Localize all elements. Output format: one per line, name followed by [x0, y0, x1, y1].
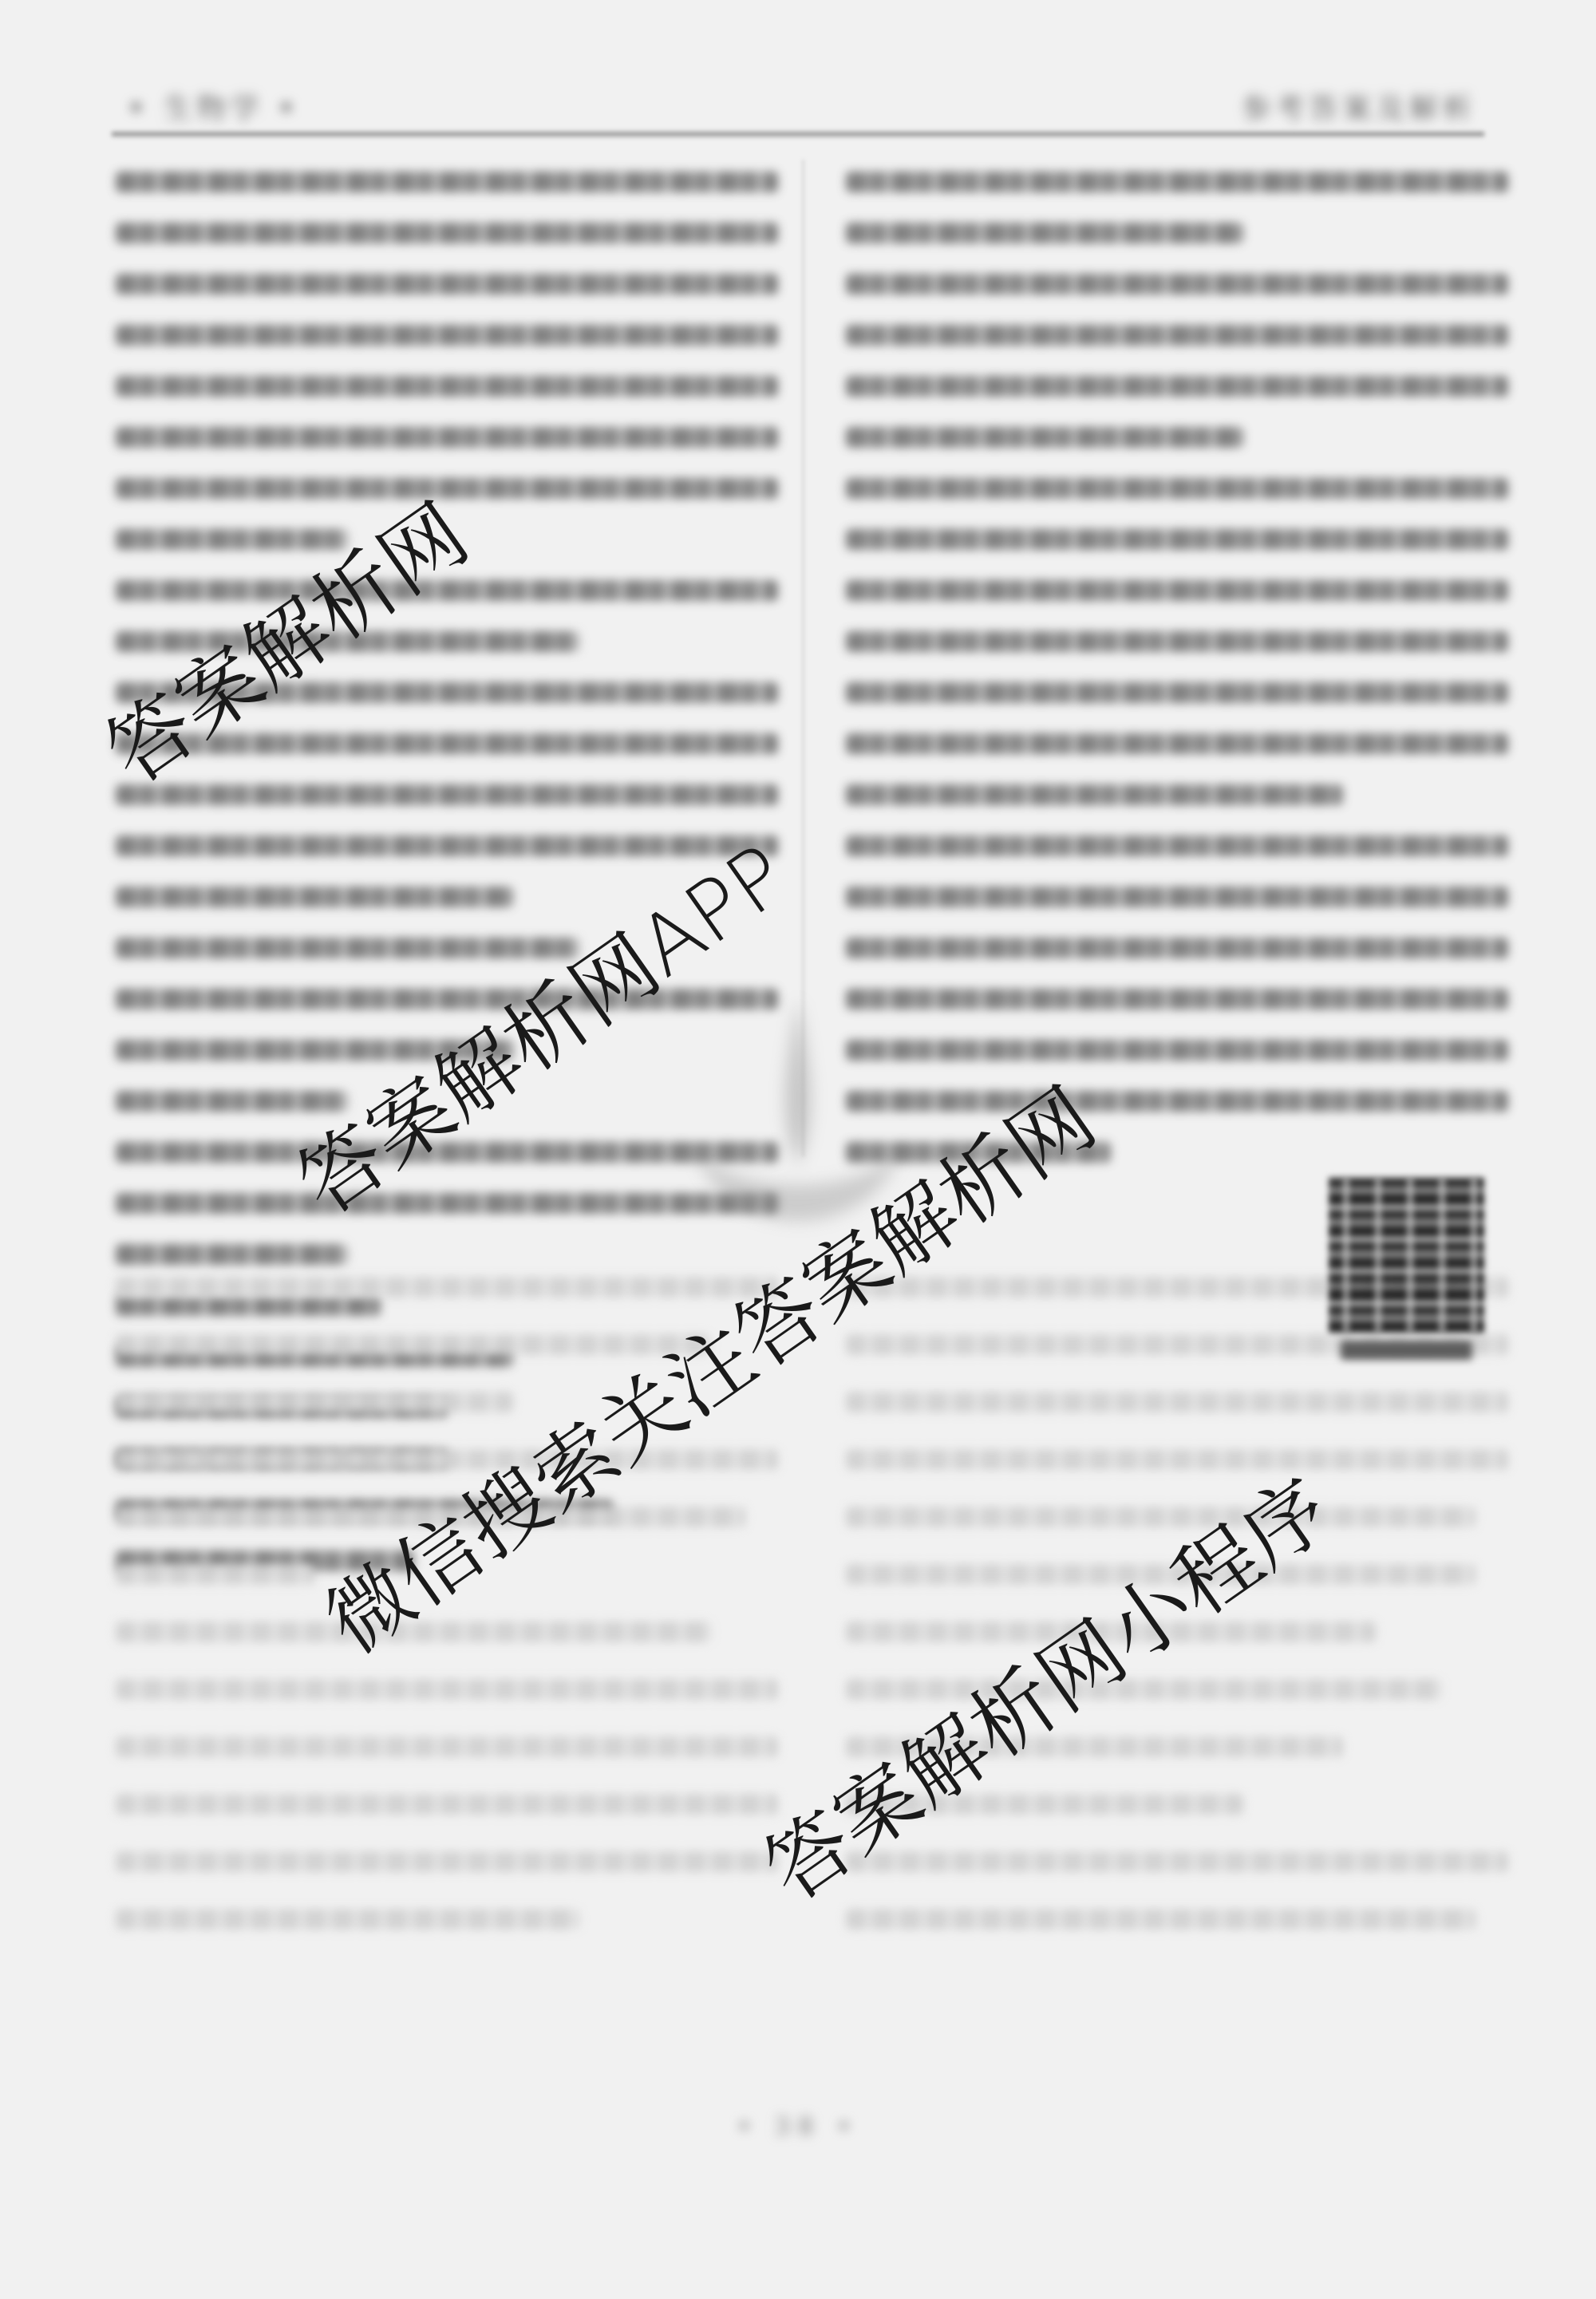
text-line — [116, 223, 778, 243]
text-line — [116, 887, 513, 907]
text-line — [846, 835, 1508, 856]
text-line — [116, 274, 778, 294]
text-line — [846, 529, 1508, 550]
text-line — [846, 682, 1508, 703]
document-page: • 生物学 • 参考答案及解析 • 38 • 答案解析网 答案解析网APP 微信… — [0, 0, 1596, 2299]
text-line — [846, 325, 1508, 346]
text-line — [846, 989, 1508, 1009]
text-line — [116, 1794, 778, 1815]
page-number: • 38 • — [0, 2113, 1596, 2141]
header-rule — [112, 132, 1484, 136]
text-line — [846, 1909, 1476, 1930]
text-line — [116, 784, 778, 805]
text-line — [846, 427, 1243, 448]
text-line — [116, 938, 579, 958]
text-line — [116, 1736, 778, 1757]
qr-code-pattern — [1329, 1177, 1484, 1333]
text-line — [116, 1244, 348, 1265]
text-line — [846, 478, 1508, 499]
text-line — [846, 631, 1508, 652]
text-line — [116, 1909, 579, 1930]
text-line — [116, 478, 778, 499]
text-line — [846, 223, 1243, 243]
text-line — [846, 733, 1508, 754]
text-line — [846, 1091, 1508, 1112]
text-line — [116, 1277, 778, 1298]
text-line — [116, 376, 778, 397]
text-line — [116, 427, 778, 448]
text-line — [116, 325, 778, 346]
text-line — [846, 172, 1508, 192]
text-line — [846, 1040, 1508, 1061]
right-column — [846, 172, 1508, 1193]
text-line — [846, 580, 1508, 601]
text-line — [846, 1851, 1508, 1872]
text-line — [116, 172, 778, 192]
text-line — [846, 887, 1508, 907]
text-line — [846, 376, 1508, 397]
text-line — [846, 1507, 1476, 1527]
text-line — [116, 1851, 778, 1872]
qr-code-caption — [1341, 1341, 1472, 1360]
page-header: • 生物学 • 参考答案及解析 — [112, 80, 1484, 128]
text-line — [846, 1449, 1508, 1470]
text-line — [846, 274, 1508, 294]
text-line — [846, 1392, 1508, 1412]
subject-label: • 生物学 • — [128, 86, 299, 127]
text-line — [116, 1679, 778, 1700]
text-line — [116, 1564, 314, 1585]
text-line — [116, 1392, 513, 1412]
text-line — [846, 938, 1508, 958]
text-line — [846, 784, 1343, 805]
section-label: 参考答案及解析 — [1242, 86, 1476, 127]
